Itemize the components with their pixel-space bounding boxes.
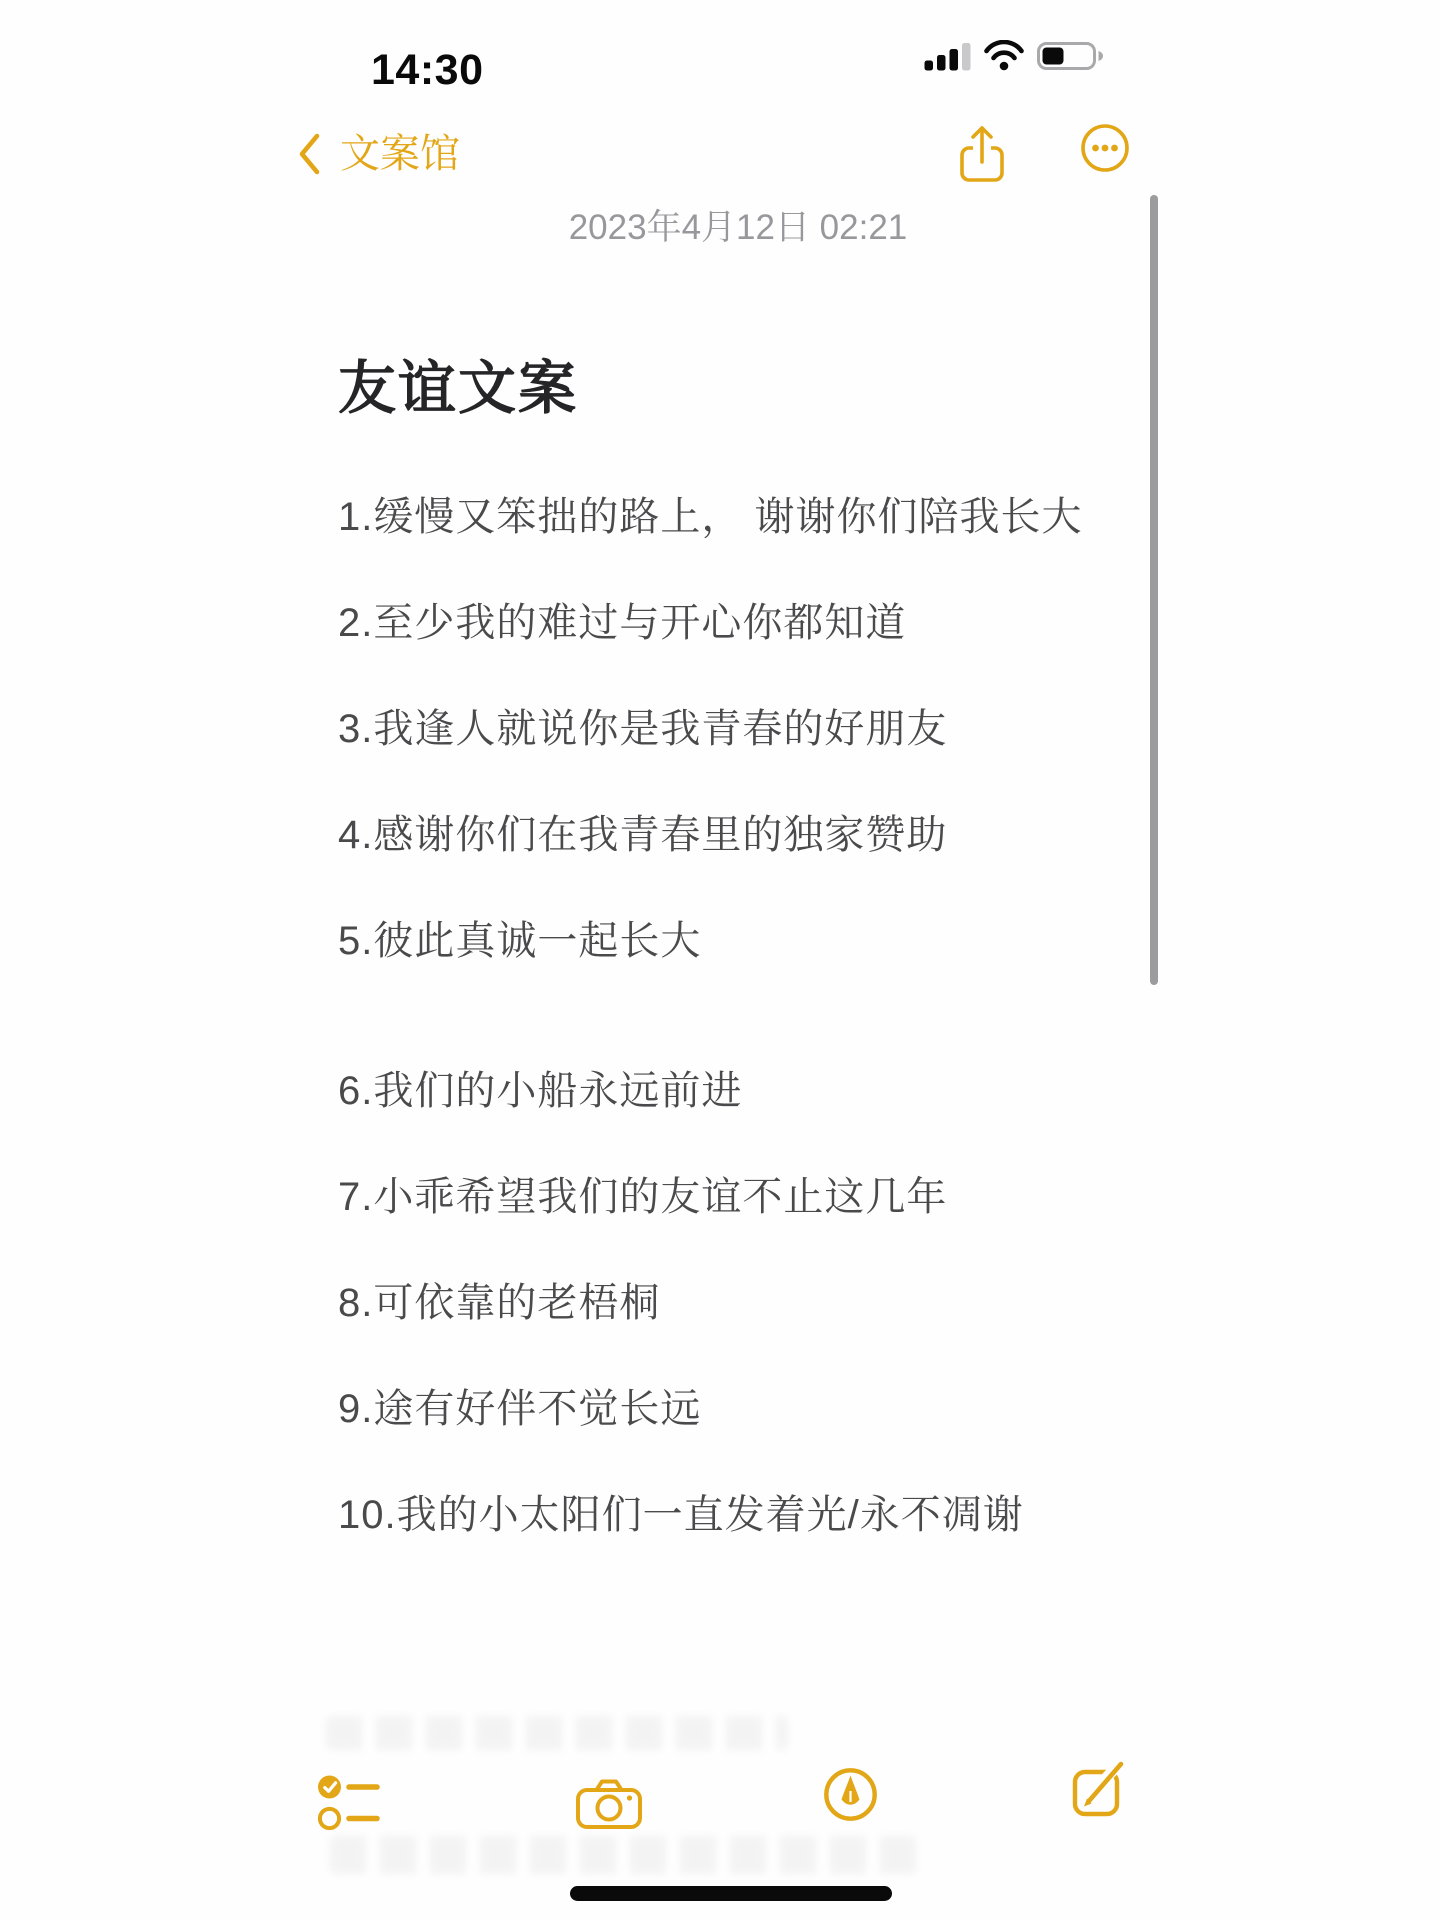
battery-icon <box>1037 40 1105 72</box>
status-icons <box>923 40 1107 72</box>
camera-icon <box>576 1777 642 1831</box>
note-line[interactable]: 4.感谢你们在我青春里的独家赞助 <box>338 812 1138 858</box>
time-label: 14:30 <box>371 46 483 95</box>
share-button[interactable] <box>960 124 1004 189</box>
markup-pen-icon <box>822 1766 879 1823</box>
note-line[interactable]: 10.我的小太阳们一直发着光/永不凋谢 <box>338 1492 1138 1538</box>
note-line[interactable]: 2.至少我的难过与开心你都知道 <box>338 600 1138 646</box>
note-paragraph-group-1[interactable]: 1.缓慢又笨拙的路上， 谢谢你们陪我长大2.至少我的难过与开心你都知道3.我逢人… <box>338 494 1138 964</box>
checklist-button[interactable] <box>318 1772 382 1839</box>
note-body[interactable]: 2023年4月12日 02:21 友谊文案 1.缓慢又笨拙的路上， 谢谢你们陪我… <box>338 210 1138 1598</box>
back-label: 文案馆 <box>340 132 460 176</box>
note-date: 2023年4月12日 02:21 <box>338 210 1138 246</box>
back-button[interactable]: 文案馆 <box>296 132 460 176</box>
note-line[interactable]: 9.途有好伴不觉长远 <box>338 1386 1138 1432</box>
note-line[interactable]: 1.缓慢又笨拙的路上， 谢谢你们陪我长大 <box>338 494 1138 540</box>
note-paragraph-group-2[interactable]: 6.我们的小船永远前进7.小乖希望我们的友谊不止这几年8.可依靠的老梧桐9.途有… <box>338 1068 1138 1538</box>
checklist-icon <box>318 1772 382 1834</box>
ellipsis-circle-icon <box>1080 123 1130 173</box>
more-button[interactable] <box>1080 123 1130 178</box>
watermark-smudge <box>330 1836 916 1874</box>
scrollbar[interactable] <box>1150 195 1158 985</box>
note-line[interactable]: 5.彼此真诚一起长大 <box>338 918 1138 964</box>
compose-button[interactable] <box>1070 1760 1128 1823</box>
wifi-icon <box>984 40 1024 71</box>
note-line[interactable]: 8.可依靠的老梧桐 <box>338 1280 1138 1326</box>
watermark-smudge <box>326 1716 788 1750</box>
note-title[interactable]: 友谊文案 <box>338 358 1138 420</box>
camera-button[interactable] <box>576 1777 642 1836</box>
cellular-signal-icon <box>923 40 975 72</box>
share-icon <box>960 124 1004 184</box>
note-line[interactable]: 6.我们的小船永远前进 <box>338 1068 1138 1114</box>
note-line[interactable]: 7.小乖希望我们的友谊不止这几年 <box>338 1174 1138 1220</box>
compose-icon <box>1070 1760 1128 1818</box>
markup-button[interactable] <box>822 1766 879 1828</box>
note-line[interactable]: 3.我逢人就说你是我青春的好朋友 <box>338 706 1138 752</box>
home-indicator[interactable] <box>570 1886 892 1901</box>
notes-app-screen: 14:30 文案馆 <box>0 0 1440 1920</box>
chevron-left-icon <box>296 132 322 176</box>
